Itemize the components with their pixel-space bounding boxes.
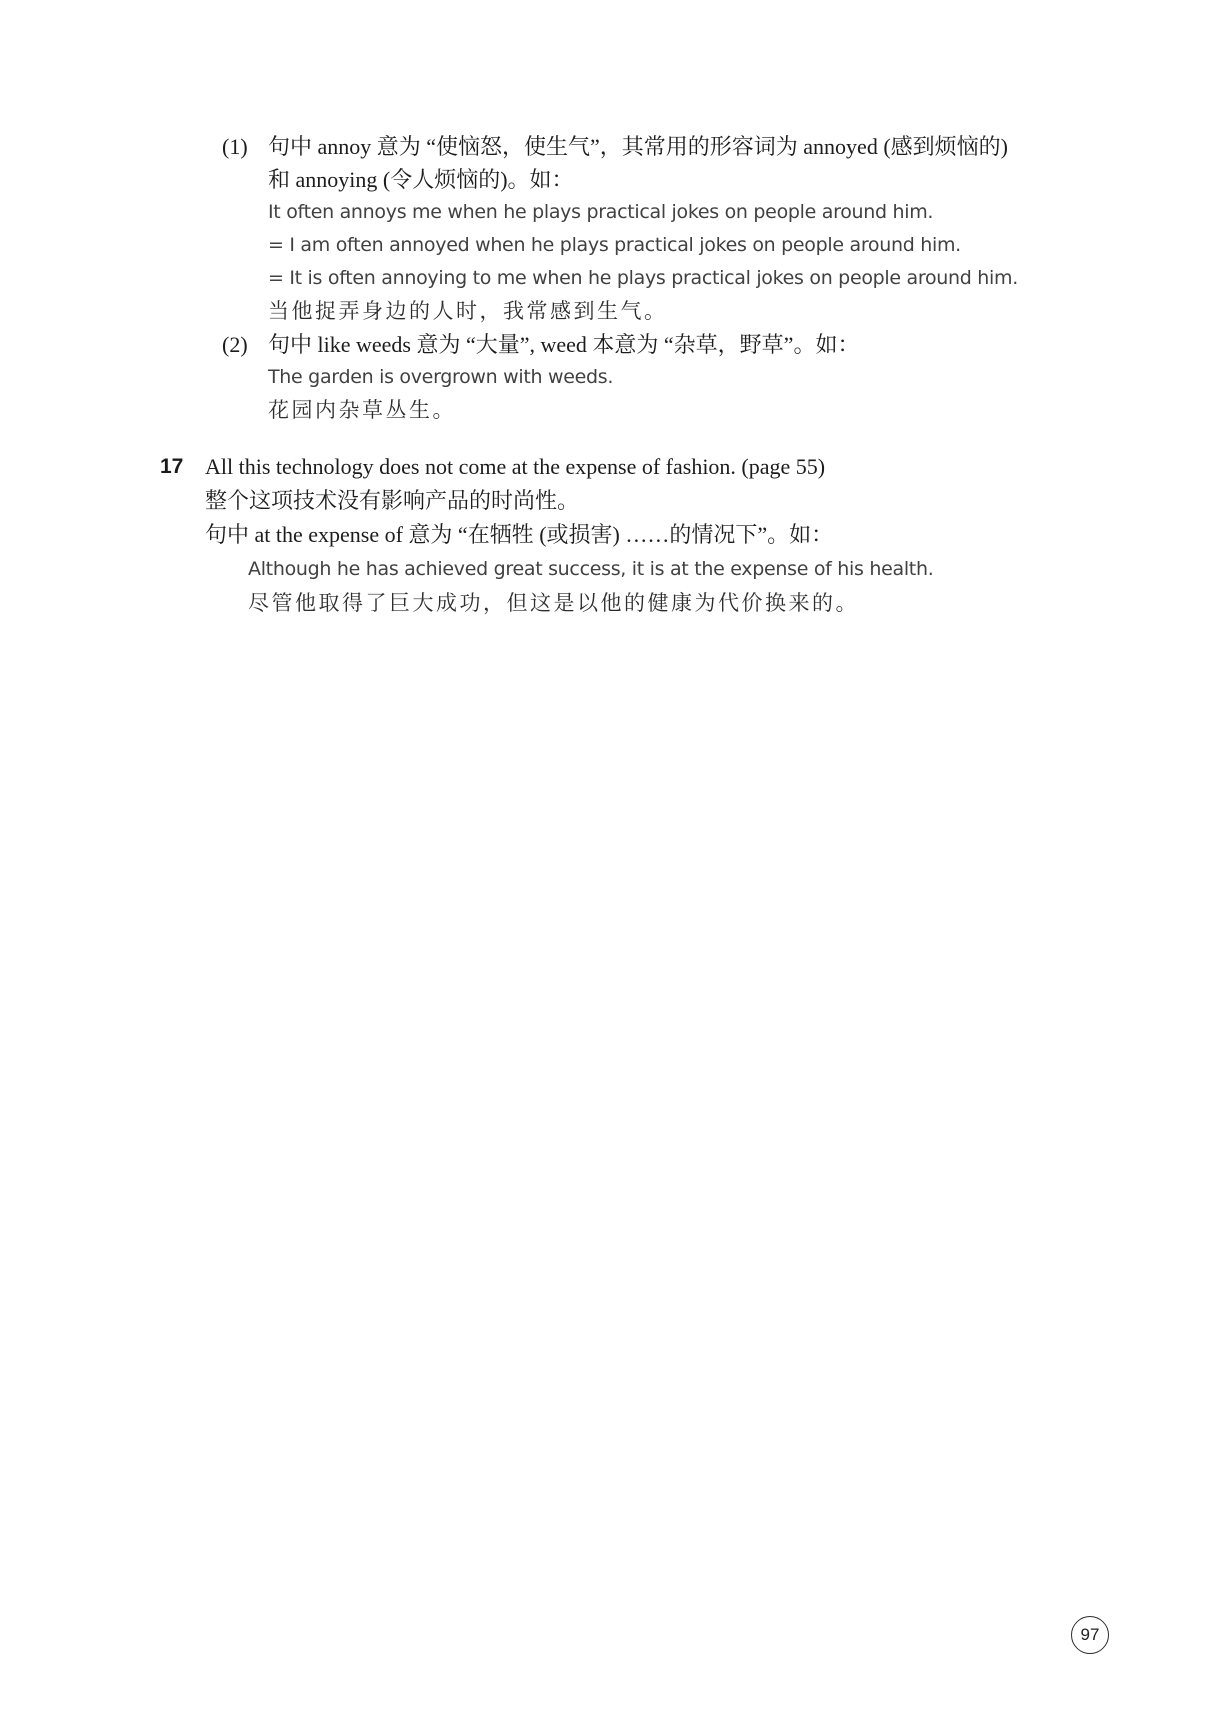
page-content: (1) 句中 annoy 意为 “使恼怒，使生气”，其常用的形容词为 annoy… (0, 130, 1207, 620)
subitem-1-intro-line-2: 和 annoying (令人烦恼的)。如： (268, 163, 1018, 196)
subitem-2-body: 句中 like weeds 意为 “大量”, weed 本意为 “杂草，野草”。… (268, 328, 859, 427)
subitem-1-number: (1) (222, 130, 268, 328)
page-number-badge: 97 (1071, 1616, 1109, 1654)
subitem-1: (1) 句中 annoy 意为 “使恼怒，使生气”，其常用的形容词为 annoy… (222, 130, 1207, 328)
subitem-2-example: The garden is overgrown with weeds. (268, 361, 859, 394)
subitem-2: (2) 句中 like weeds 意为 “大量”, weed 本意为 “杂草，… (222, 328, 1207, 427)
item-17-body: All this technology does not come at the… (205, 450, 933, 620)
item-17-sentence: All this technology does not come at the… (205, 450, 933, 484)
item-17: 17 All this technology does not come at … (160, 450, 1207, 620)
subitem-1-intro-line-1: 句中 annoy 意为 “使恼怒，使生气”，其常用的形容词为 annoyed (… (268, 130, 1018, 163)
subitem-1-body: 句中 annoy 意为 “使恼怒，使生气”，其常用的形容词为 annoyed (… (268, 130, 1018, 328)
subitem-1-example-1: It often annoys me when he plays practic… (268, 196, 1018, 229)
item-17-usage-note: 句中 at the expense of 意为 “在牺牲 (或损害) ……的情况… (205, 518, 933, 552)
item-17-example: Although he has achieved great success, … (248, 552, 933, 586)
item-17-sentence-translation: 整个这项技术没有影响产品的时尚性。 (205, 484, 933, 518)
subitem-1-example-3: = It is often annoying to me when he pla… (268, 262, 1018, 295)
subitem-1-example-2: = I am often annoyed when he plays pract… (268, 229, 1018, 262)
item-17-example-translation: 尽管他取得了巨大成功，但这是以他的健康为代价换来的。 (248, 586, 933, 620)
page-number: 97 (1081, 1625, 1100, 1645)
item-17-number: 17 (160, 450, 205, 620)
book-page: { "page_number": "97", "subitem1": { "nu… (0, 0, 1207, 1717)
subitem-1-translation: 当他捉弄身边的人时，我常感到生气。 (268, 295, 1018, 328)
subitem-2-number: (2) (222, 328, 268, 427)
subitem-2-intro: 句中 like weeds 意为 “大量”, weed 本意为 “杂草，野草”。… (268, 328, 859, 361)
subitem-2-translation: 花园内杂草丛生。 (268, 394, 859, 427)
